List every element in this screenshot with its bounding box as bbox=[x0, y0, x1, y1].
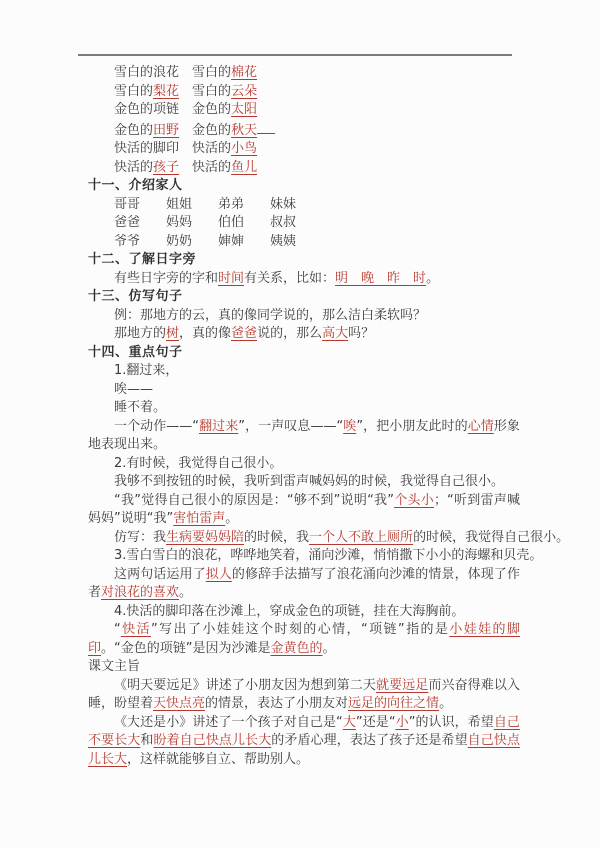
text-run: 。“金色的项链”是因为沙滩是 bbox=[101, 641, 270, 656]
text-run bbox=[179, 65, 192, 80]
doc-line: 1.翻过来， bbox=[88, 362, 520, 381]
text-run: 十四、重点句子 bbox=[88, 345, 183, 360]
answer-highlight: 盼着自己快点儿长大 bbox=[153, 733, 271, 748]
text-run: 和 bbox=[140, 733, 153, 748]
text-run bbox=[179, 123, 192, 138]
doc-line: 爷爷 奶奶 婶婶 姨姨 bbox=[88, 233, 520, 252]
doc-line: 金色的项链 金色的太阳 bbox=[88, 101, 520, 120]
answer-highlight: 个头小 bbox=[394, 493, 434, 508]
doc-line: 2.有时候，我觉得自己很小。 bbox=[88, 455, 520, 474]
doc-line: 睡不着。 bbox=[88, 399, 520, 418]
text-run: 雪白的浪花 bbox=[114, 65, 179, 80]
text-run: 的时候，我觉得自己很小。 bbox=[413, 530, 569, 545]
text-run: 快活的 bbox=[192, 160, 231, 175]
doc-line: 哥哥 姐姐 弟弟 妹妹 bbox=[88, 196, 520, 215]
answer-highlight bbox=[257, 120, 275, 134]
text-run bbox=[179, 141, 192, 156]
text-run: ”写出了小娃娃这个时刻的心情，“项链”指的是 bbox=[151, 622, 449, 637]
text-run: ”的认识，希望 bbox=[409, 715, 494, 730]
answer-highlight: 拟人 bbox=[206, 567, 232, 582]
doc-line: “快活”写出了小娃娃这个时刻的心情，“项链”指的是小娃娃的脚印。“金色的项链”是… bbox=[88, 621, 520, 658]
text-run: 的情景，表达了小朋友对 bbox=[205, 696, 348, 711]
text-run: 。 bbox=[439, 696, 452, 711]
text-run: 《大还是小》讲述了一个孩子对自己是“ bbox=[114, 715, 343, 730]
answer-highlight: 天快点亮 bbox=[153, 696, 205, 711]
answer-highlight: 树 bbox=[166, 326, 179, 341]
doc-line: 爸爸 妈妈 伯伯 叔叔 bbox=[88, 214, 520, 233]
answer-highlight: 远足的向往之情 bbox=[348, 696, 439, 711]
text-run: 金色的 bbox=[192, 123, 231, 138]
text-run: 十三、仿写句子 bbox=[88, 289, 183, 304]
doc-line: 这两句话运用了拟人的修辞手法描写了浪花涌向沙滩的情景，体现了作者对浪花的喜欢。 bbox=[88, 566, 520, 603]
text-run: ”还是“ bbox=[356, 715, 396, 730]
doc-line: 雪白的梨花 雪白的云朵 bbox=[88, 83, 520, 102]
text-run: 。 bbox=[426, 271, 439, 286]
text-run: 2.有时候，我觉得自己很小。 bbox=[114, 456, 282, 471]
text-run: 唉—— bbox=[114, 382, 153, 397]
text-run: 4.快活的脚印落在沙滩上，穿成金色的项链，挂在大海胸前。 bbox=[114, 604, 464, 619]
text-run: 金色的 bbox=[192, 102, 231, 117]
text-run: “ bbox=[114, 622, 121, 637]
text-run: 金色的 bbox=[114, 123, 153, 138]
text-run: 十一、介绍家人 bbox=[88, 178, 183, 193]
text-run: 。 bbox=[323, 641, 336, 656]
answer-highlight: 鱼儿 bbox=[231, 160, 257, 175]
doc-line: 唉—— bbox=[88, 381, 520, 400]
answer-highlight: 爸爸 bbox=[231, 326, 257, 341]
answer-highlight: 金黄色的 bbox=[271, 641, 323, 656]
answer-highlight: 害怕雷声 bbox=[173, 511, 225, 526]
section-heading: 十四、重点句子 bbox=[88, 344, 520, 363]
text-run: 睡不着。 bbox=[114, 400, 166, 415]
text-run: 《明天要远足》讲述了小朋友因为想到第二天 bbox=[114, 678, 376, 693]
document-content: 雪白的浪花 雪白的棉花雪白的梨花 雪白的云朵金色的项链 金色的太阳金色的田野 金… bbox=[88, 64, 520, 769]
text-run: 爸爸 妈妈 伯伯 叔叔 bbox=[114, 215, 296, 230]
text-run: 雪白的 bbox=[192, 65, 231, 80]
text-run: 十二、了解日字旁 bbox=[88, 252, 196, 267]
doc-line: 一个动作——“翻过来”，一声叹息——“唉”，把小朋友此时的心情形象地表现出来。 bbox=[88, 418, 520, 455]
text-run: 例：那地方的云，真的像同学说的，那么洁白柔软吗？ bbox=[114, 308, 426, 323]
text-run: 快活的 bbox=[192, 141, 231, 156]
answer-highlight: 一个人不敢上厕所 bbox=[309, 530, 413, 545]
text-run: ，这样就能够自立、帮助别人。 bbox=[127, 752, 309, 767]
text-run: 我够不到按钮的时候，我听到雷声喊妈妈的时候，我觉得自己很小。 bbox=[114, 474, 504, 489]
text-run: 快活的脚印 bbox=[114, 141, 179, 156]
doc-line: 那地方的树，真的像爸爸说的，那么高大吗？ bbox=[88, 325, 520, 344]
answer-highlight: 高大 bbox=[322, 326, 348, 341]
answer-highlight: 时间 bbox=[218, 271, 244, 286]
text-run: 哥哥 姐姐 弟弟 妹妹 bbox=[114, 197, 296, 212]
answer-highlight: 秋天 bbox=[231, 123, 257, 138]
text-run: 课文主旨 bbox=[88, 659, 140, 674]
text-run bbox=[179, 84, 192, 99]
doc-line: “我”觉得自己很小的原因是：“够不到”说明“我”个头小；“听到雷声喊妈妈”说明“… bbox=[88, 492, 520, 529]
text-run: 那地方的 bbox=[114, 326, 166, 341]
doc-line: 快活的孩子 快活的鱼儿 bbox=[88, 159, 520, 178]
doc-line: 课文主旨 bbox=[88, 658, 520, 677]
text-run: 的时候，我 bbox=[244, 530, 309, 545]
doc-line: 我够不到按钮的时候，我听到雷声喊妈妈的时候，我觉得自己很小。 bbox=[88, 473, 520, 492]
answer-highlight: 生病要妈妈陪 bbox=[166, 530, 244, 545]
text-run: 吗？ bbox=[348, 326, 374, 341]
answer-highlight: 田野 bbox=[153, 123, 179, 138]
doc-line: 例：那地方的云，真的像同学说的，那么洁白柔软吗？ bbox=[88, 307, 520, 326]
doc-line: 《大还是小》讲述了一个孩子对自己是“大”还是“小”的认识，希望自己不要长大和盼着… bbox=[88, 714, 520, 770]
answer-highlight: 小鸟 bbox=[231, 141, 257, 156]
text-run: ，真的像 bbox=[179, 326, 231, 341]
answer-highlight: 明 晚 昨 时 bbox=[335, 271, 426, 286]
answer-highlight: 小 bbox=[396, 715, 409, 730]
doc-line: 金色的田野 金色的秋天 bbox=[88, 120, 520, 141]
section-heading: 十二、了解日字旁 bbox=[88, 251, 520, 270]
text-run: 的矛盾心理，表达了孩子还是希望 bbox=[271, 733, 467, 748]
text-run: ”，把小朋友此时的 bbox=[356, 419, 467, 434]
answer-highlight: 梨花 bbox=[153, 84, 179, 99]
answer-highlight: 唉 bbox=[343, 419, 356, 434]
doc-line: 有些日字旁的字和时间有关系，比如：明 晚 昨 时。 bbox=[88, 270, 520, 289]
doc-line: 仿写：我生病要妈妈陪的时候，我一个人不敢上厕所的时候，我觉得自己很小。 bbox=[88, 529, 520, 548]
top-rule-divider bbox=[78, 54, 512, 56]
text-run: 雪白的 bbox=[192, 84, 231, 99]
text-run: 1.翻过来， bbox=[114, 363, 178, 378]
text-run: 。 bbox=[179, 585, 192, 600]
text-run: 说的，那么 bbox=[257, 326, 322, 341]
text-run: 快活的 bbox=[114, 160, 153, 175]
text-run: 有关系，比如： bbox=[244, 271, 335, 286]
answer-highlight: 就要远足 bbox=[376, 678, 428, 693]
doc-line: 快活的脚印 快活的小鸟 bbox=[88, 140, 520, 159]
section-heading: 十三、仿写句子 bbox=[88, 288, 520, 307]
text-run: 爷爷 奶奶 婶婶 姨姨 bbox=[114, 234, 296, 249]
answer-highlight: 对浪花的喜欢 bbox=[101, 585, 179, 600]
text-run bbox=[179, 102, 192, 117]
text-run: “我”觉得自己很小的原因是：“够不到”说明“我” bbox=[114, 493, 394, 508]
section-heading: 十一、介绍家人 bbox=[88, 177, 520, 196]
text-run: 一个动作——“ bbox=[114, 419, 199, 434]
text-run: 3.雪白雪白的浪花，哗哗地笑着，涌向沙滩，悄悄撒下小小的海螺和贝壳。 bbox=[114, 548, 542, 563]
text-run: 有些日字旁的字和 bbox=[114, 271, 218, 286]
text-run bbox=[179, 160, 192, 175]
answer-highlight: 棉花 bbox=[231, 65, 257, 80]
text-run: ”，一声叹息——“ bbox=[238, 419, 343, 434]
text-run: 这两句话运用了 bbox=[114, 567, 206, 582]
text-run: 金色的项链 bbox=[114, 102, 179, 117]
doc-line: 《明天要远足》讲述了小朋友因为想到第二天就要远足而兴奋得难以入睡，盼望着天快点亮… bbox=[88, 677, 520, 714]
text-run: 仿写：我 bbox=[114, 530, 166, 545]
text-run: 雪白的 bbox=[114, 84, 153, 99]
doc-line: 雪白的浪花 雪白的棉花 bbox=[88, 64, 520, 83]
doc-line: 4.快活的脚印落在沙滩上，穿成金色的项链，挂在大海胸前。 bbox=[88, 603, 520, 622]
answer-highlight: 心情 bbox=[468, 419, 494, 434]
answer-highlight: 太阳 bbox=[231, 102, 257, 117]
answer-highlight: 大 bbox=[343, 715, 356, 730]
answer-highlight: 快活 bbox=[121, 622, 151, 637]
answer-highlight: 翻过来 bbox=[199, 419, 238, 434]
answer-highlight: 孩子 bbox=[153, 160, 179, 175]
answer-highlight: 云朵 bbox=[231, 84, 257, 99]
text-run: 。 bbox=[225, 511, 238, 526]
document-page: 雪白的浪花 雪白的棉花雪白的梨花 雪白的云朵金色的项链 金色的太阳金色的田野 金… bbox=[0, 0, 600, 848]
doc-line: 3.雪白雪白的浪花，哗哗地笑着，涌向沙滩，悄悄撒下小小的海螺和贝壳。 bbox=[88, 547, 520, 566]
